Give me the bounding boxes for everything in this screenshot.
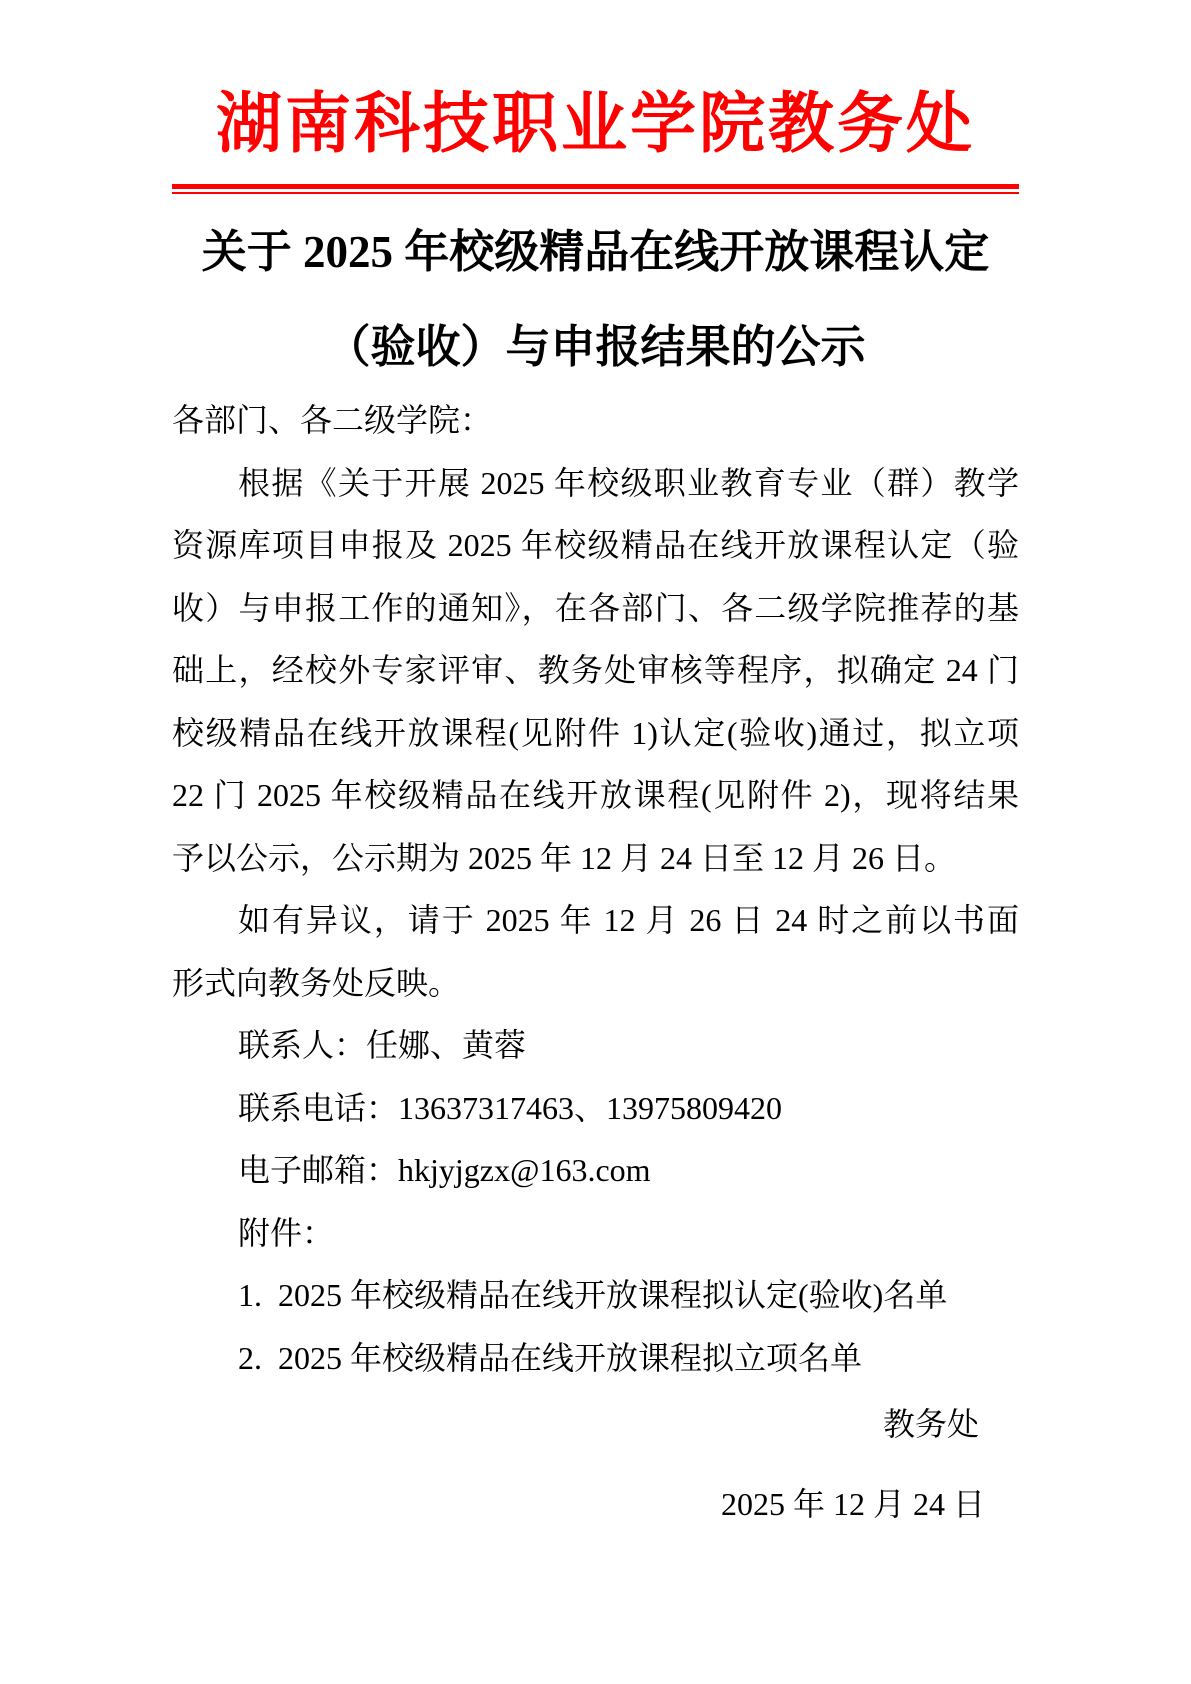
- document-page: 湖南科技职业学院教务处 关于 2025 年校级精品在线开放课程认定 （验收）与申…: [0, 0, 1191, 1684]
- paragraph1-line: 22 门 2025 年校级精品在线开放课程(见附件 2)，现将结果: [172, 764, 1019, 827]
- paragraph1-line: 予以公示，公示期为 2025 年 12 月 24 日至 12 月 26 日。: [172, 827, 1019, 890]
- document-title-line-2: （验收）与申报结果的公示: [172, 300, 1019, 395]
- paragraph1-line: 资源库项目申报及 2025 年校级精品在线开放课程认定（验: [172, 514, 1019, 577]
- contact-phone-line: 联系电话：13637317463、13975809420: [172, 1077, 1019, 1140]
- paragraph2-line: 形式向教务处反映。: [172, 952, 1019, 1015]
- document-title: 关于 2025 年校级精品在线开放课程认定 （验收）与申报结果的公示: [172, 205, 1019, 395]
- red-divider-rule: [172, 184, 1019, 194]
- paragraph1-line: 收）与申报工作的通知》，在各部门、各二级学院推荐的基: [172, 577, 1019, 640]
- paragraph2-line: 如有异议，请于 2025 年 12 月 26 日 24 时之前以书面: [172, 889, 1019, 952]
- document-body: 各部门、各二级学院： 根据《关于开展 2025 年校级职业教育专业（群）教学 资…: [172, 389, 1019, 1389]
- paragraph1-line: 校级精品在线开放课程(见附件 1)认定(验收)通过，拟立项: [172, 702, 1019, 765]
- paragraph1-line: 础上，经校外专家评审、教务处审核等程序，拟确定 24 门: [172, 639, 1019, 702]
- contact-email-line: 电子邮箱：hkjyjgzx@163.com: [172, 1139, 1019, 1202]
- document-title-line-1: 关于 2025 年校级精品在线开放课程认定: [172, 205, 1019, 300]
- contact-person-line: 联系人：任娜、黄蓉: [172, 1014, 1019, 1077]
- document-date: 2025 年 12 月 24 日: [172, 1473, 1019, 1536]
- document-content: 湖南科技职业学院教务处 关于 2025 年校级精品在线开放课程认定 （验收）与申…: [0, 88, 1191, 1535]
- signer-name: 教务处: [172, 1393, 1019, 1456]
- attachments-label: 附件：: [172, 1202, 1019, 1265]
- salutation-line: 各部门、各二级学院：: [172, 389, 1019, 452]
- attachment-item-2: 2. 2025 年校级精品在线开放课程拟立项名单: [172, 1327, 1019, 1390]
- paragraph1-line: 根据《关于开展 2025 年校级职业教育专业（群）教学: [172, 452, 1019, 515]
- attachment-item-1: 1. 2025 年校级精品在线开放课程拟认定(验收)名单: [172, 1264, 1019, 1327]
- letterhead-title: 湖南科技职业学院教务处: [172, 88, 1019, 162]
